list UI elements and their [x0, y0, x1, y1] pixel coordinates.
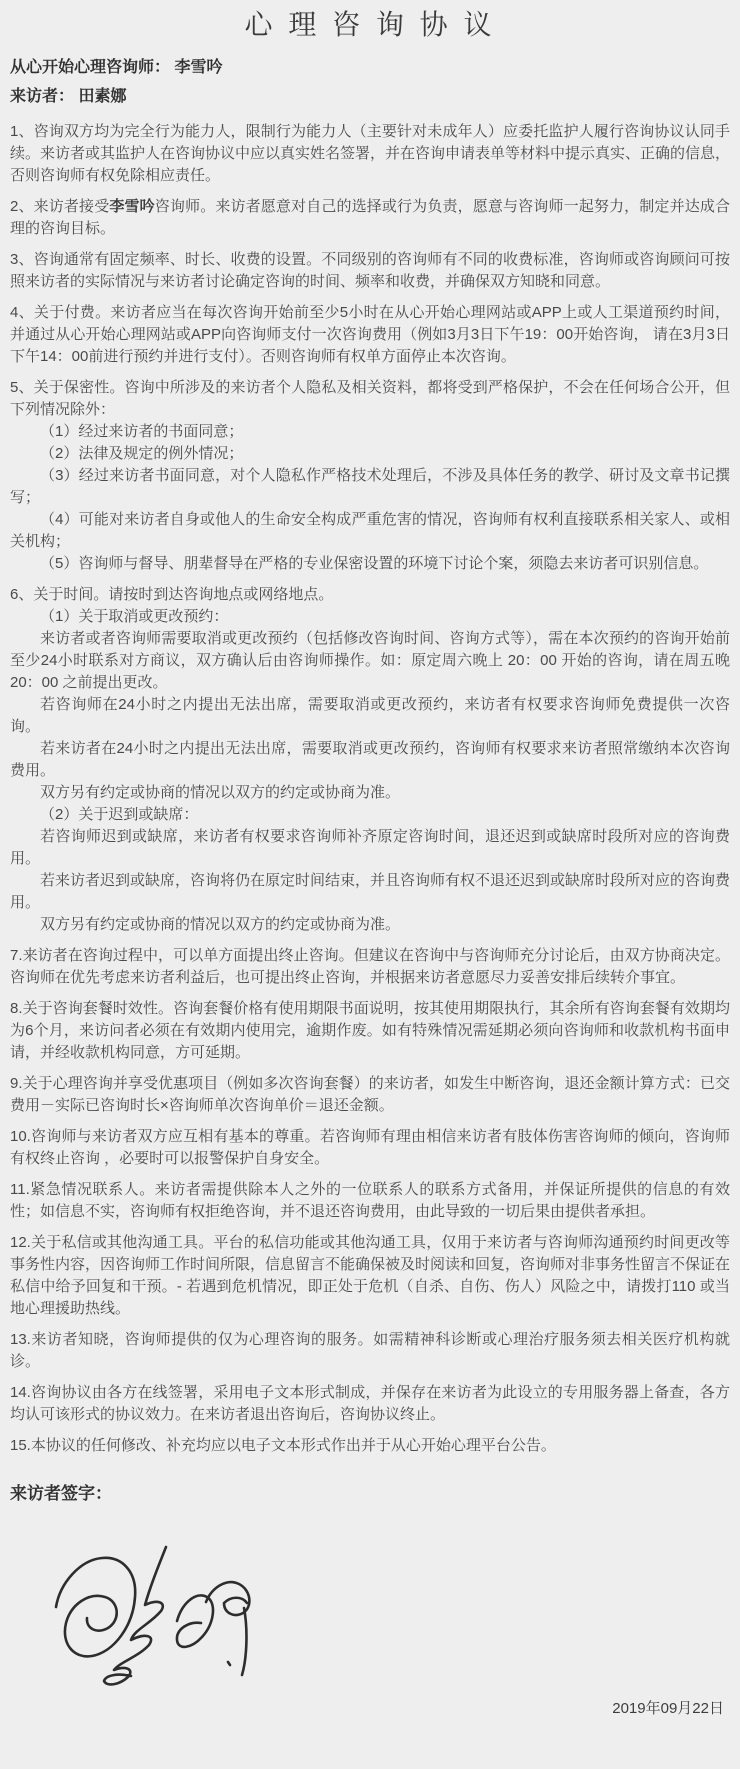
- paragraph: 若来访者迟到或缺席，咨询将仍在原定时间结束，并且咨询师有权不退还迟到或缺席时段所…: [10, 870, 730, 914]
- paragraph: 14.咨询协议由各方在线签署，采用电子文本形式制成，并保存在来访者为此设立的专用…: [10, 1382, 730, 1426]
- paragraph: 若咨询师迟到或缺席，来访者有权要求咨询师补齐原定咨询时间，退还迟到或缺席时段所对…: [10, 826, 730, 870]
- agreement-section: 3、咨询通常有固定频率、时长、收费的设置。不同级别的咨询师有不同的收费标准，咨询…: [10, 249, 730, 293]
- agreement-section: 12.关于私信或其他沟通工具。平台的私信功能或其他沟通工具，仅用于来访者与咨询师…: [10, 1232, 730, 1320]
- agreement-document: 心 理 咨 询 协 议 从心开始心理咨询师： 李雪吟 来访者： 田素娜 1、咨询…: [0, 0, 740, 1719]
- agreement-section: 14.咨询协议由各方在线签署，采用电子文本形式制成，并保存在来访者为此设立的专用…: [10, 1382, 730, 1426]
- paragraph: 9.关于心理咨询并享受优惠项目（例如多次咨询套餐）的来访者，如发生中断咨询，退还…: [10, 1073, 730, 1117]
- visitor-signature-icon: [46, 1545, 278, 1697]
- paragraph: 12.关于私信或其他沟通工具。平台的私信功能或其他沟通工具，仅用于来访者与咨询师…: [10, 1232, 730, 1320]
- agreement-section: 4、关于付费。来访者应当在每次咨询开始前至少5小时在从心开始心理网站或APP上或…: [10, 302, 730, 368]
- paragraph: （1）关于取消或更改预约：: [10, 606, 730, 628]
- agreement-section: 8.关于咨询套餐时效性。咨询套餐价格有使用期限书面说明，按其使用期限执行，其余所…: [10, 998, 730, 1064]
- visitor-name: 田素娜: [78, 88, 126, 105]
- visitor-label: 来访者：: [10, 88, 74, 105]
- paragraph: 双方另有约定或协商的情况以双方的约定或协商为准。: [10, 782, 730, 804]
- paragraph: 2、来访者接受李雪吟咨询师。来访者愿意对自己的选择或行为负责，愿意与咨询师一起努…: [10, 196, 730, 240]
- paragraph: 11.紧急情况联系人。来访者需提供除本人之外的一位联系人的联系方式备用，并保证所…: [10, 1179, 730, 1223]
- signature-date: 2019年09月22日: [10, 1699, 730, 1719]
- counselor-name: 李雪吟: [174, 59, 222, 76]
- paragraph: 5、关于保密性。咨询中所涉及的来访者个人隐私及相关资料，都将受到严格保护，不会在…: [10, 377, 730, 421]
- agreement-section: 2、来访者接受李雪吟咨询师。来访者愿意对自己的选择或行为负责，愿意与咨询师一起努…: [10, 196, 730, 240]
- paragraph: 若咨询师在24小时之内提出无法出席，需要取消或更改预约，来访者有权要求咨询师免费…: [10, 694, 730, 738]
- signature-label: 来访者签字：: [10, 1483, 730, 1505]
- agreement-section: 10.咨询师与来访者双方应互相有基本的尊重。若咨询师有理由相信来访者有肢体伤害咨…: [10, 1126, 730, 1170]
- paragraph: 1、咨询双方均为完全行为能力人，限制行为能力人（主要针对未成年人）应委托监护人履…: [10, 121, 730, 187]
- agreement-section: 9.关于心理咨询并享受优惠项目（例如多次咨询套餐）的来访者，如发生中断咨询，退还…: [10, 1073, 730, 1117]
- paragraph: 3、咨询通常有固定频率、时长、收费的设置。不同级别的咨询师有不同的收费标准，咨询…: [10, 249, 730, 293]
- agreement-body: 1、咨询双方均为完全行为能力人，限制行为能力人（主要针对未成年人）应委托监护人履…: [10, 121, 730, 1457]
- paragraph: 来访者或者咨询师需要取消或更改预约（包括修改咨询时间、咨询方式等），需在本次预约…: [10, 628, 730, 694]
- paragraph: （5）咨询师与督导、朋辈督导在严格的专业保密设置的环境下讨论个案，须隐去来访者可…: [10, 553, 730, 575]
- paragraph: 若来访者在24小时之内提出无法出席，需要取消或更改预约，咨询师有权要求来访者照常…: [10, 738, 730, 782]
- paragraph: （1）经过来访者的书面同意；: [10, 421, 730, 443]
- signature-area: [10, 1505, 730, 1695]
- paragraph: 13.来访者知晓，咨询师提供的仅为心理咨询的服务。如需精神科诊断或心理治疗服务须…: [10, 1329, 730, 1373]
- paragraph: 6、关于时间。请按时到达咨询地点或网络地点。: [10, 584, 730, 606]
- paragraph: （2）法律及规定的例外情况；: [10, 443, 730, 465]
- page-title: 心 理 咨 询 协 议: [10, 6, 730, 44]
- agreement-section: 11.紧急情况联系人。来访者需提供除本人之外的一位联系人的联系方式备用，并保证所…: [10, 1179, 730, 1223]
- visitor-line: 来访者： 田素娜: [10, 87, 730, 107]
- agreement-section: 5、关于保密性。咨询中所涉及的来访者个人隐私及相关资料，都将受到严格保护，不会在…: [10, 377, 730, 575]
- counselor-line: 从心开始心理咨询师： 李雪吟: [10, 58, 730, 78]
- agreement-section: 6、关于时间。请按时到达咨询地点或网络地点。（1）关于取消或更改预约：来访者或者…: [10, 584, 730, 936]
- agreement-section: 1、咨询双方均为完全行为能力人，限制行为能力人（主要针对未成年人）应委托监护人履…: [10, 121, 730, 187]
- agreement-section: 15.本协议的任何修改、补充均应以电子文本形式作出并于从心开始心理平台公告。: [10, 1435, 730, 1457]
- counselor-label: 从心开始心理咨询师：: [10, 59, 170, 76]
- paragraph: （3）经过来访者书面同意，对个人隐私作严格技术处理后，不涉及具体任务的教学、研讨…: [10, 465, 730, 509]
- paragraph: 15.本协议的任何修改、补充均应以电子文本形式作出并于从心开始心理平台公告。: [10, 1435, 730, 1457]
- agreement-section: 13.来访者知晓，咨询师提供的仅为心理咨询的服务。如需精神科诊断或心理治疗服务须…: [10, 1329, 730, 1373]
- paragraph: 8.关于咨询套餐时效性。咨询套餐价格有使用期限书面说明，按其使用期限执行，其余所…: [10, 998, 730, 1064]
- paragraph: （2）关于迟到或缺席：: [10, 804, 730, 826]
- paragraph: 7.来访者在咨询过程中，可以单方面提出终止咨询。但建议在咨询中与咨询师充分讨论后…: [10, 945, 730, 989]
- paragraph: （4）可能对来访者自身或他人的生命安全构成严重危害的情况，咨询师有权利直接联系相…: [10, 509, 730, 553]
- agreement-section: 7.来访者在咨询过程中，可以单方面提出终止咨询。但建议在咨询中与咨询师充分讨论后…: [10, 945, 730, 989]
- paragraph: 4、关于付费。来访者应当在每次咨询开始前至少5小时在从心开始心理网站或APP上或…: [10, 302, 730, 368]
- paragraph: 10.咨询师与来访者双方应互相有基本的尊重。若咨询师有理由相信来访者有肢体伤害咨…: [10, 1126, 730, 1170]
- paragraph: 双方另有约定或协商的情况以双方的约定或协商为准。: [10, 914, 730, 936]
